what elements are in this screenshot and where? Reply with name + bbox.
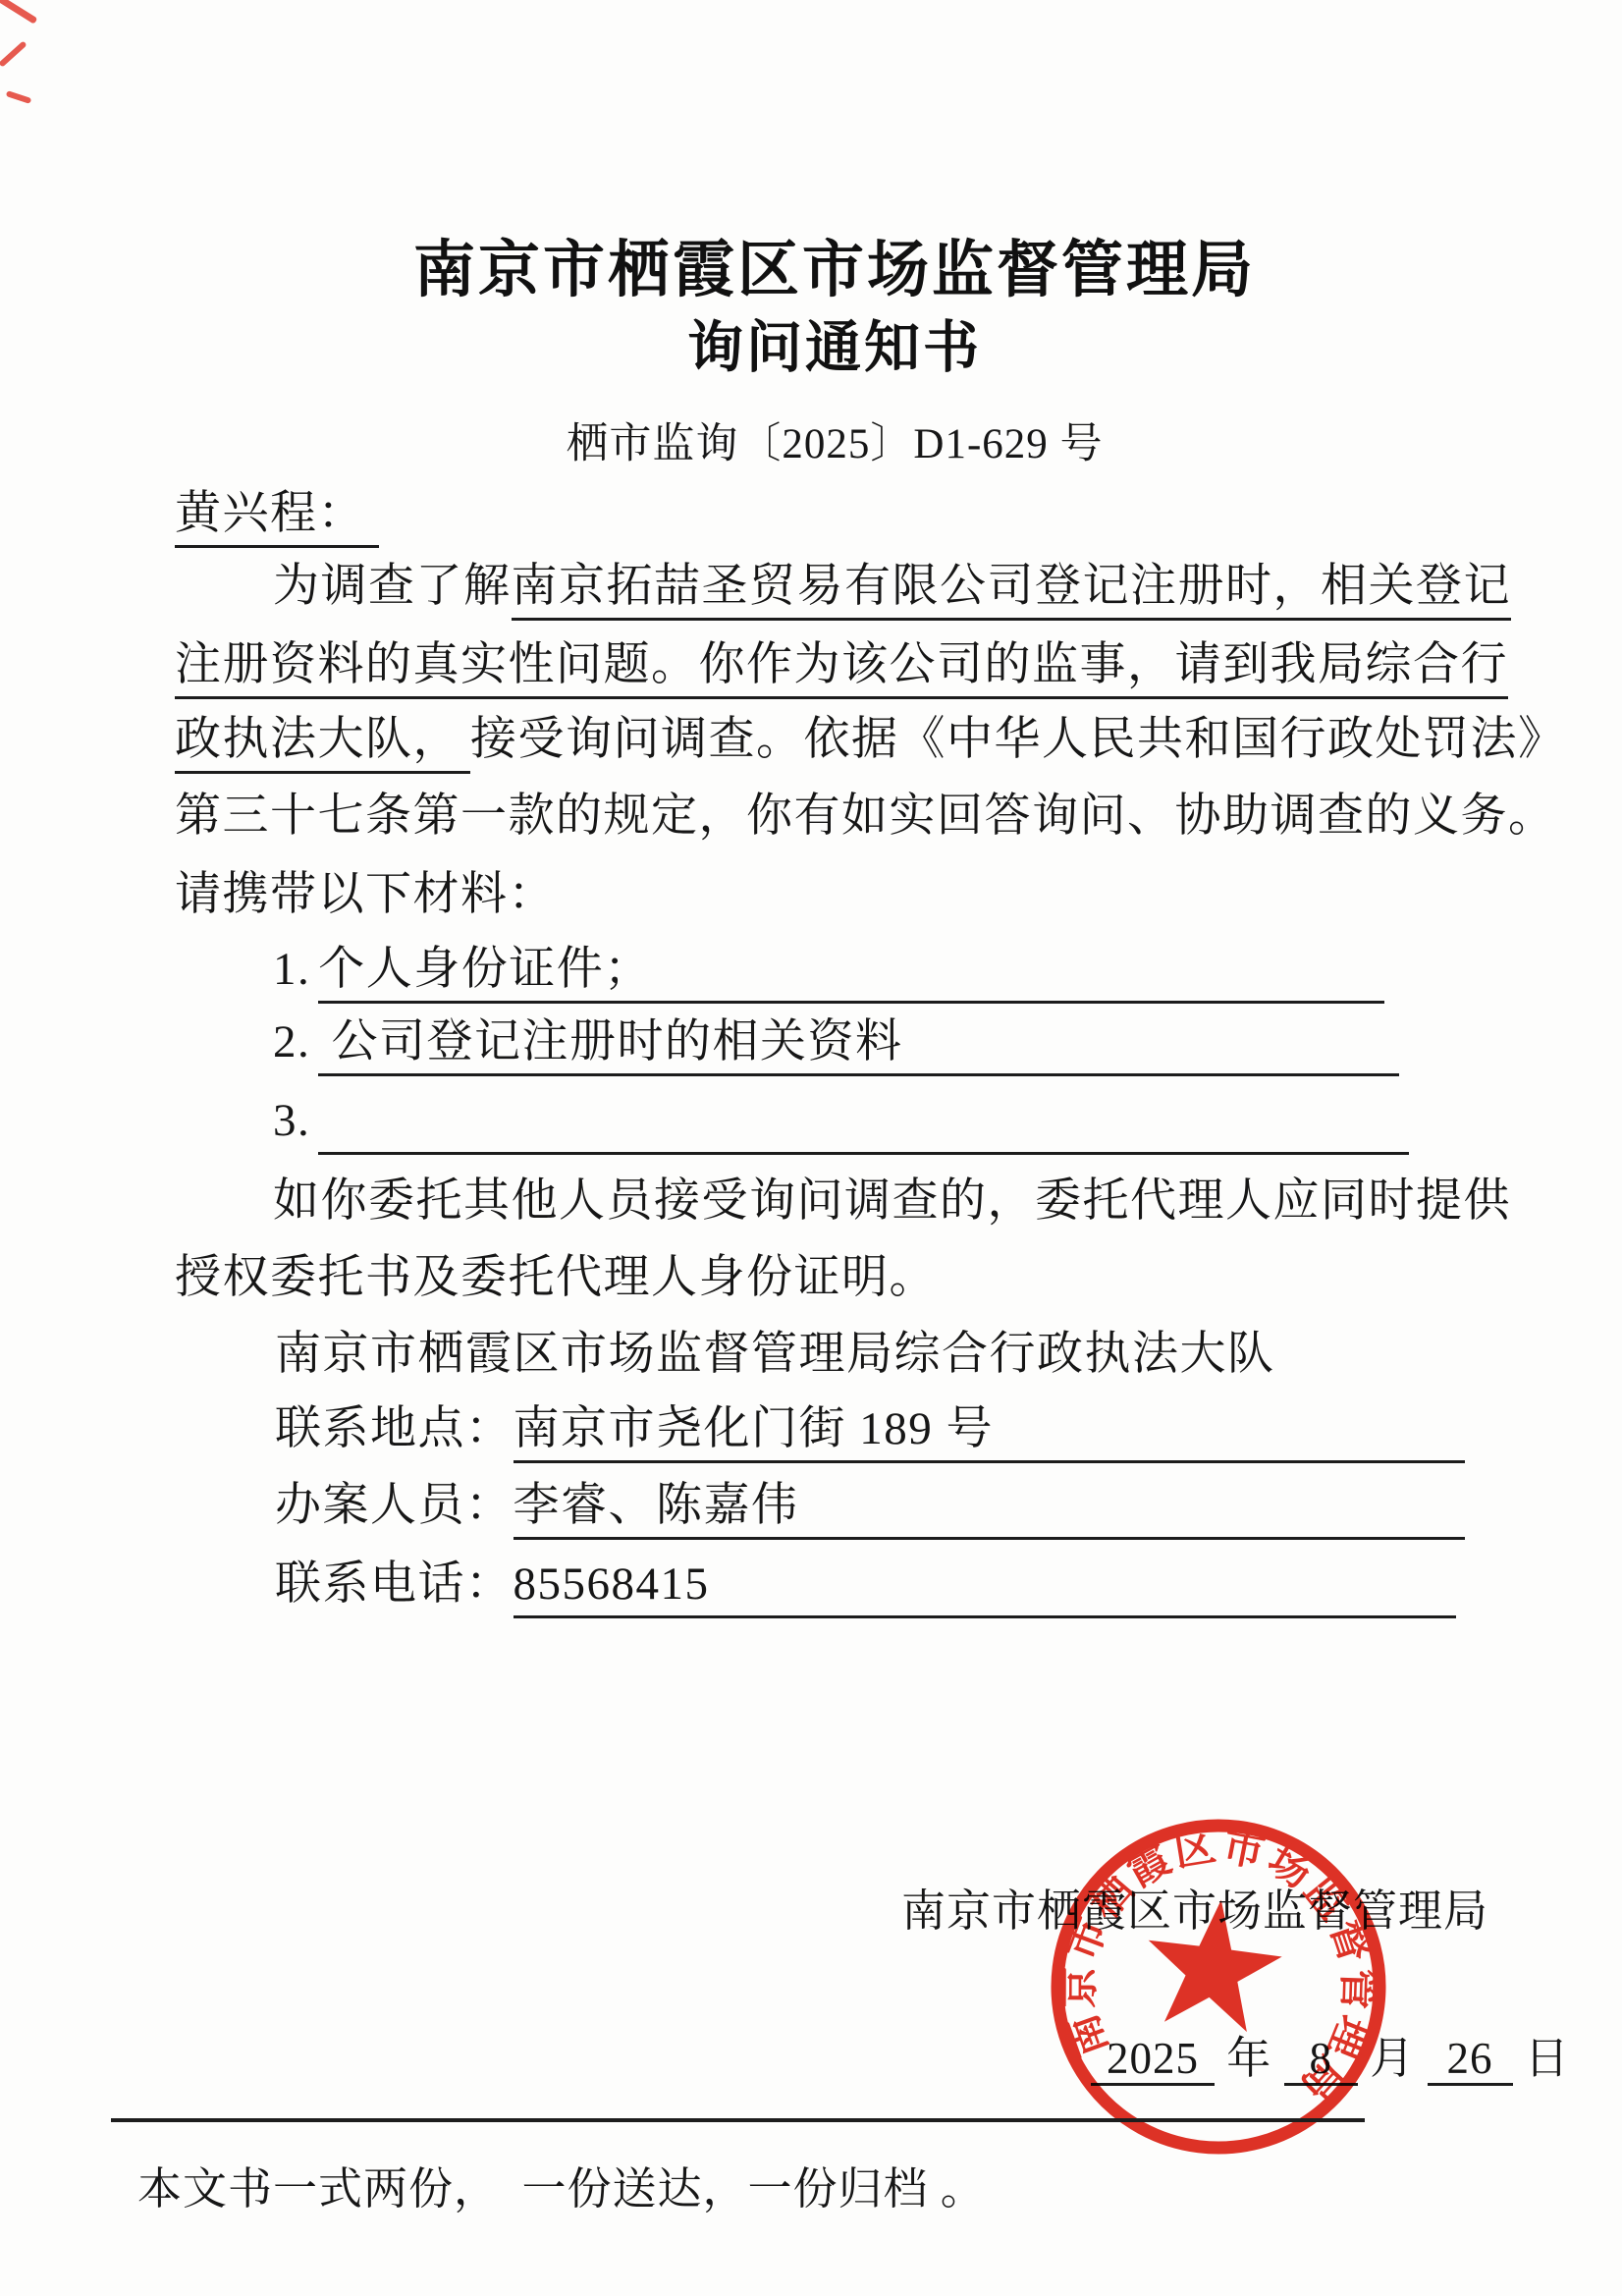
contact-phone-label: 联系电话： [275, 1554, 514, 1618]
item-number: 3. [273, 1090, 318, 1155]
para1-line1-underlined: 南京拓喆圣贸易有限公司登记注册时，相关登记 [512, 556, 1512, 621]
para1-line4: 第三十七条第一款的规定，你有如实回答询问、协助调查的义务。 [175, 786, 1495, 850]
item-number: 1. [273, 939, 318, 1004]
issue-date-day: 26 [1428, 2034, 1513, 2086]
contact-location-line: 联系地点： 南京市尧化门街 189 号 [275, 1398, 1465, 1463]
seal-graphic: 南京市栖霞区市场监督管理局 [1024, 1792, 1414, 2182]
para1-line1: 为调查了解 南京拓喆圣贸易有限公司登记注册时，相关登记 [175, 556, 1495, 621]
corner-red-ink-mark [6, 90, 32, 104]
para2-line2-text: 授权委托书及委托代理人身份证明。 [175, 1247, 937, 1312]
document-title-authority: 南京市栖霞区市场监督管理局 [24, 220, 1622, 309]
para1-line3-plain: 接受询问调查。依据《中华人民共和国行政处罚法》 [470, 709, 1566, 774]
para1-line4-text: 第三十七条第一款的规定，你有如实回答询问、协助调查的义务。 [175, 786, 1556, 850]
footer-divider [111, 2118, 1365, 2122]
para1-line5-text: 请携带以下材料： [175, 864, 556, 929]
addressee-line: 黄兴程： [175, 483, 379, 548]
item-text: 个人身份证件； [318, 939, 652, 1004]
para1-line3-underlined: 政执法大队， [175, 709, 470, 774]
contact-location-value: 南京市尧化门街 189 号 [514, 1398, 995, 1463]
para2-line2: 授权委托书及委托代理人身份证明。 [175, 1247, 937, 1312]
department-line: 南京市栖霞区市场监督管理局综合行政执法大队 [275, 1324, 1275, 1389]
para1-line5: 请携带以下材料： [175, 864, 556, 929]
case-officers-value: 李睿、陈嘉伟 [514, 1475, 799, 1540]
contact-phone-blank-underline [710, 1554, 1457, 1618]
para1-line2: 注册资料的真实性问题。你作为该公司的监事，请到我局综合行 [175, 634, 1495, 699]
para1-line3: 政执法大队， 接受询问调查。依据《中华人民共和国行政处罚法》 [175, 709, 1495, 774]
contact-location-label: 联系地点： [275, 1398, 514, 1463]
item-text: 公司登记注册时的相关资料 [318, 1011, 902, 1076]
addressee-name: 黄兴程： [175, 483, 379, 548]
case-officers-label: 办案人员： [275, 1475, 514, 1540]
contact-phone-value: 85568415 [514, 1554, 710, 1618]
document-title-type: 询问通知书 [24, 302, 1622, 383]
document-number: 栖市监询〔2025〕D1-629 号 [24, 410, 1622, 470]
material-item-2: 2. 公司登记注册时的相关资料 [273, 1011, 1399, 1076]
corner-red-ink-mark [0, 0, 37, 25]
material-item-3: 3. [273, 1090, 1409, 1155]
official-red-seal: 南京市栖霞区市场监督管理局 [1024, 1792, 1414, 2182]
item-blank-underline [652, 939, 1384, 1004]
para2-line1: 如你委托其他人员接受询问调查的，委托代理人应同时提供 [175, 1171, 1495, 1235]
document-page: 南京市栖霞区市场监督管理局 询问通知书 栖市监询〔2025〕D1-629 号 黄… [0, 0, 1622, 2296]
para1-line2-underlined: 注册资料的真实性问题。你作为该公司的监事，请到我局综合行 [175, 634, 1508, 699]
issue-date-day-unit: 日 [1513, 2034, 1570, 2083]
corner-red-ink-mark [0, 40, 27, 67]
department-name: 南京市栖霞区市场监督管理局综合行政执法大队 [275, 1324, 1275, 1389]
seal-star-icon [1139, 1891, 1288, 2035]
para1-line1-plain: 为调查了解 [175, 556, 512, 621]
para2-line1-text: 如你委托其他人员接受询问调查的，委托代理人应同时提供 [175, 1171, 1511, 1235]
item-blank-underline [903, 1011, 1400, 1076]
case-officers-line: 办案人员： 李睿、陈嘉伟 [275, 1475, 1465, 1540]
item-number: 2. [273, 1011, 318, 1076]
contact-location-blank-underline [994, 1398, 1465, 1463]
case-officers-blank-underline [799, 1475, 1466, 1540]
material-item-1: 1. 个人身份证件； [273, 939, 1384, 1004]
footer-note: 本文书一式两份， 一份送达，一份归档 。 [137, 2153, 986, 2216]
item-blank-underline [318, 1090, 1409, 1155]
contact-phone-line: 联系电话： 85568415 [275, 1554, 1456, 1618]
